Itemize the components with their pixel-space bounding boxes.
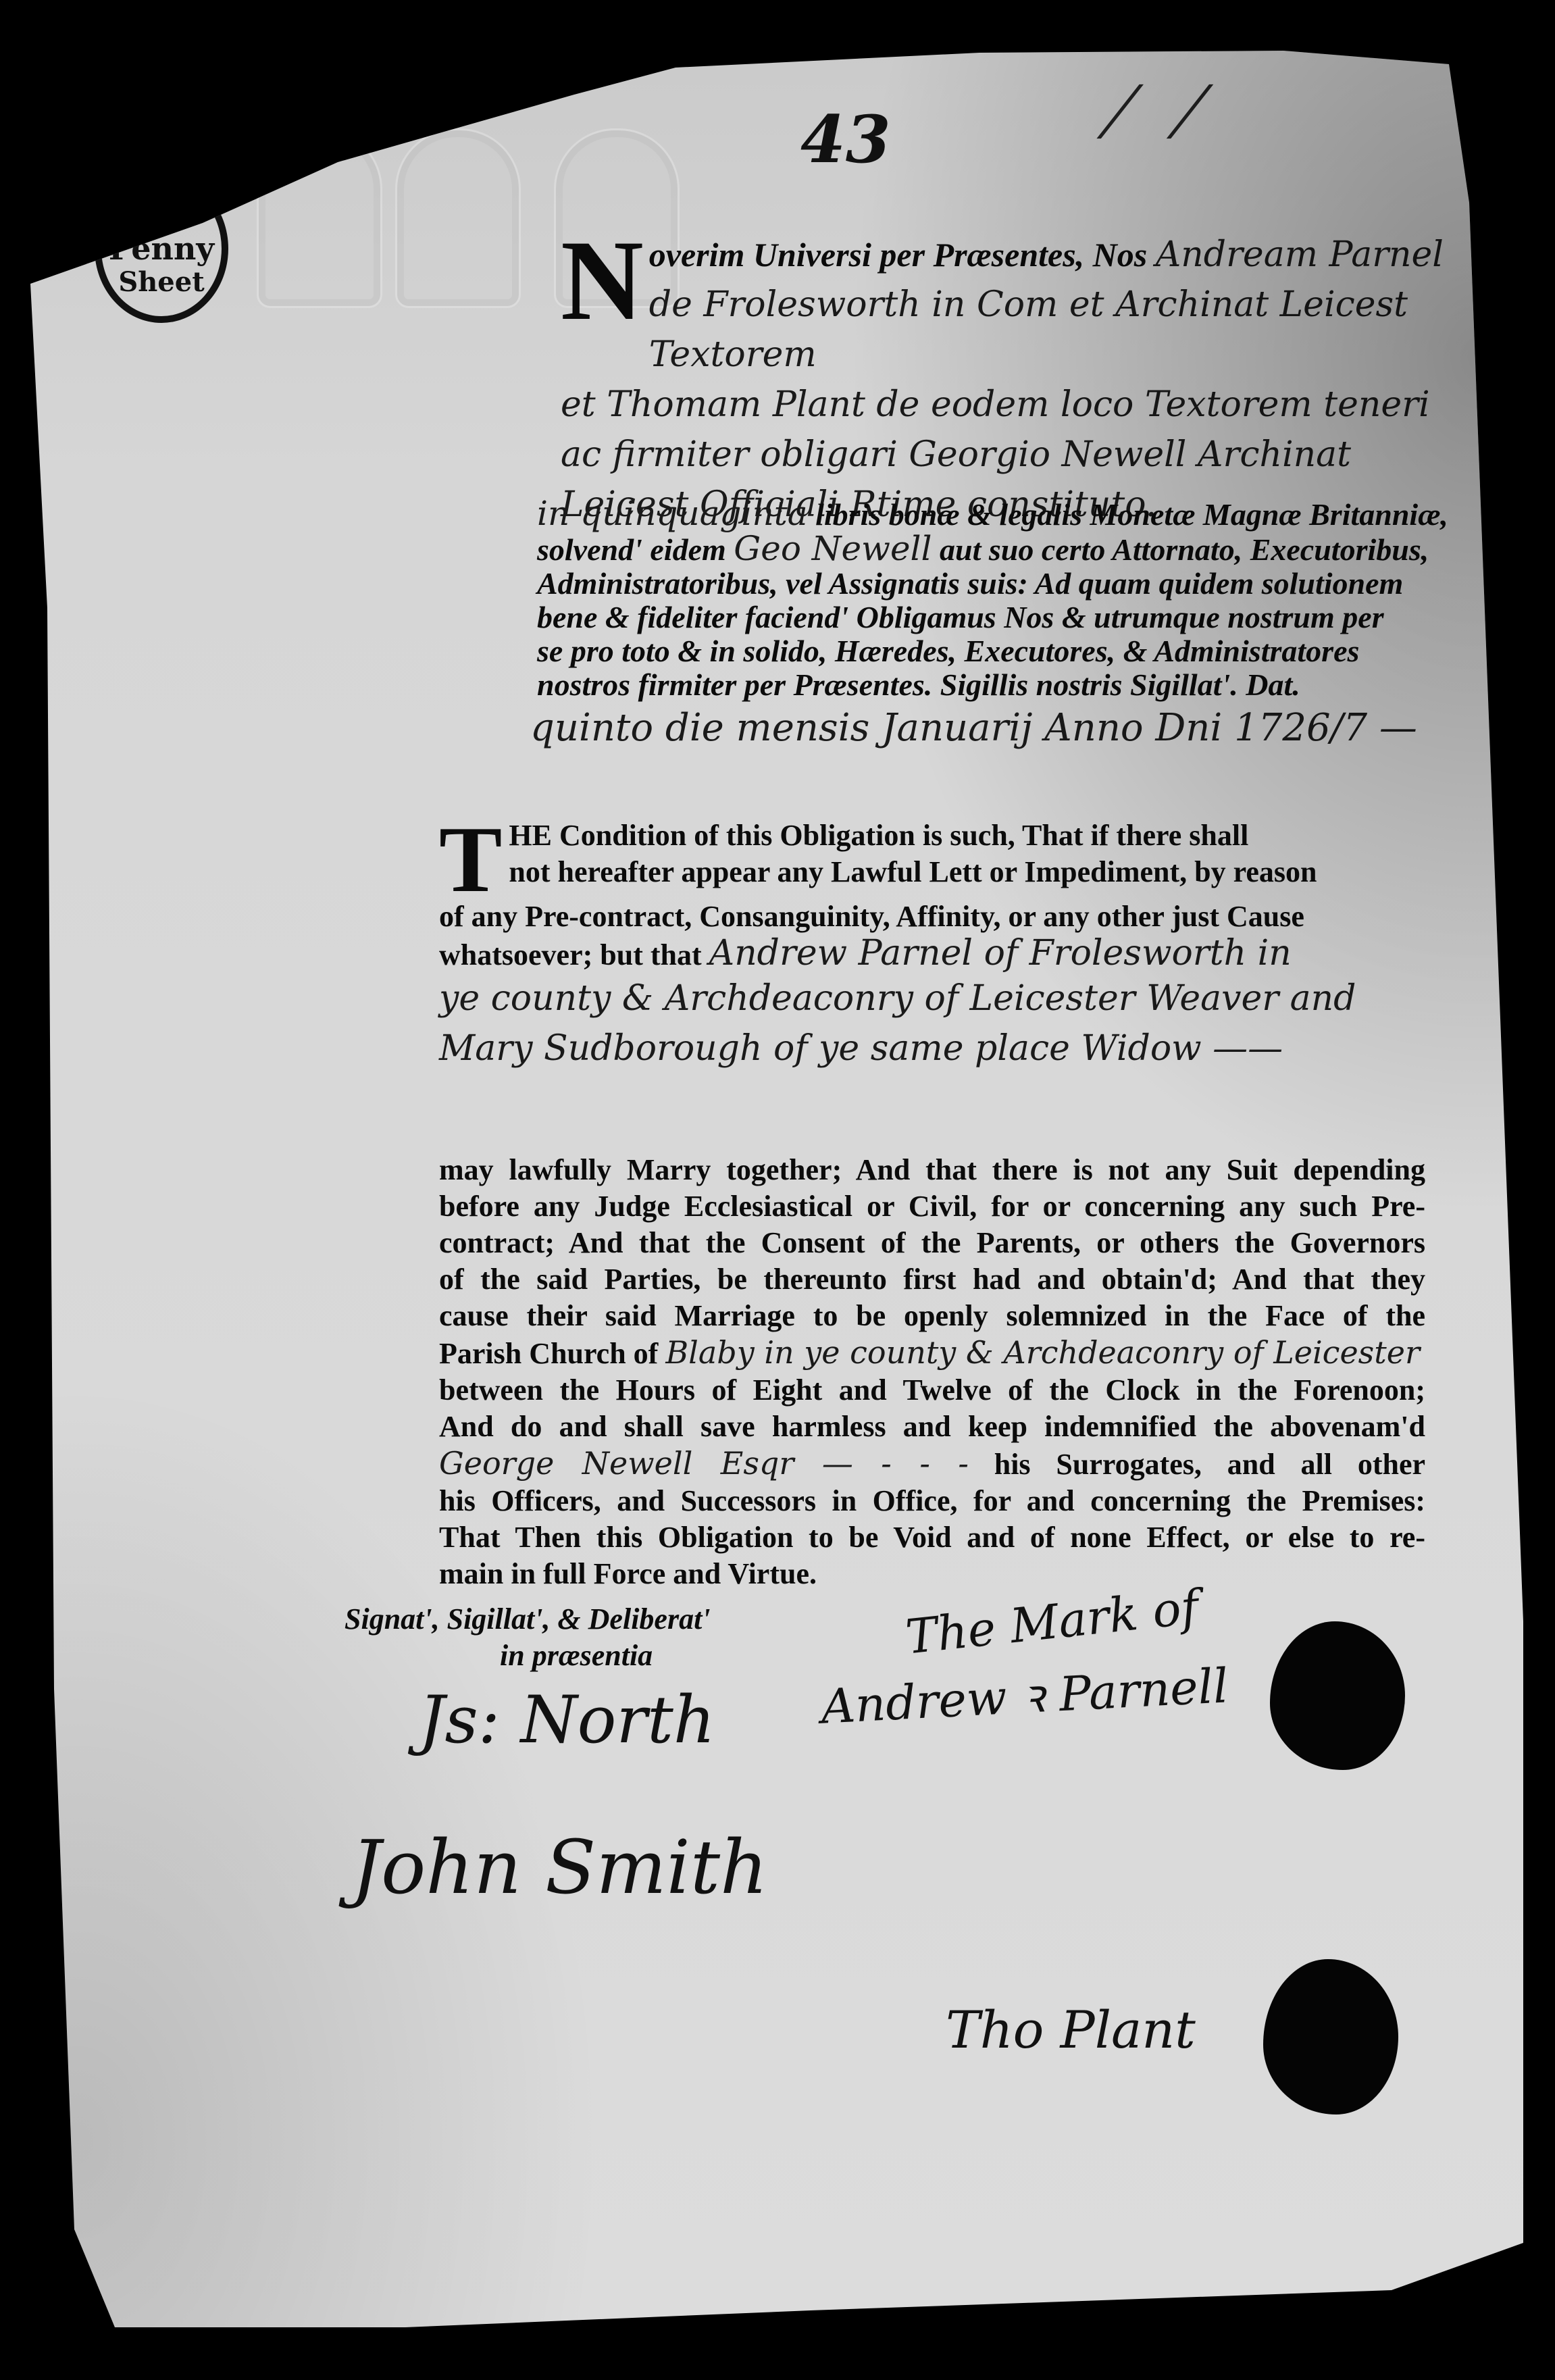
latin-line: solvend' eidem — [537, 532, 726, 567]
drop-cap-n: N — [561, 230, 644, 331]
signat-line: Signat', Sigillat', & Deliberat' — [345, 1602, 711, 1636]
witness-signature: Js: North — [419, 1682, 715, 1758]
groom-name: Andrew Parnel of Frolesworth in — [709, 933, 1292, 973]
terms-line: contract; And that the Consent of the Pa… — [439, 1225, 1425, 1261]
crown-icon — [115, 128, 207, 191]
signat-line: in præsentia — [345, 1638, 711, 1674]
condition-line: of any Pre-contract, Consanguinity, Affi… — [439, 898, 1425, 935]
condition-clause: T HE Condition of this Obligation is suc… — [439, 817, 1425, 1073]
terms-line: And do and shall save harmless and keep … — [439, 1409, 1425, 1445]
stamp-text-penny: Penny — [109, 232, 214, 265]
terms-line: his Officers, and Successors in Office, … — [439, 1483, 1425, 1519]
latin-line: aut suo certo Attornato, Executoribus, — [940, 532, 1429, 567]
obligation-hand-line: et Thomam Plant de eodem loco Textorem t… — [561, 384, 1430, 425]
obligor-name: Andream Parnel — [1156, 234, 1444, 275]
signed-sealed-delivered: Signat', Sigillat', & Deliberat' in præs… — [345, 1601, 711, 1674]
condition-line: HE Condition of this Obligation is such,… — [439, 817, 1425, 854]
drop-cap-t: T — [439, 821, 502, 898]
terms-line: may lawfully Marry together; And that th… — [439, 1152, 1425, 1188]
groom-mark: Andrew ꝛ Parnell — [819, 1651, 1230, 1737]
witness-signature: John Smith — [351, 1824, 768, 1910]
folio-number: 43 — [800, 101, 891, 178]
terms-line: his Surrogates, and all other — [994, 1448, 1425, 1481]
surrogate-official: George Newell Esqr — - - - — [439, 1445, 969, 1482]
wax-seal-icon — [1270, 1621, 1405, 1770]
embossed-stamp-icon — [257, 128, 382, 308]
latin-line: bene & fideliter faciend' Obligamus Nos … — [537, 601, 1435, 634]
document-page: 43 / / One Penny Sheet N overim Universi… — [0, 0, 1555, 2380]
stamp-text-one: One — [127, 198, 197, 232]
terms-line: of the said Parties, be thereunto first … — [439, 1261, 1425, 1298]
groom-description: ye county & Archdeaconry of Leicester We… — [439, 973, 1425, 1023]
penalty-amount: in quinquaginta — [537, 494, 808, 533]
date-line: quinto die mensis Januarij Anno Dni 1726… — [530, 706, 1462, 750]
marriage-terms: may lawfully Marry together; And that th… — [439, 1152, 1425, 1592]
wax-seal-icon — [1263, 1959, 1398, 2115]
terms-line: before any Judge Ecclesiastical or Civil… — [439, 1188, 1425, 1225]
stamp-ring: One Penny Sheet — [95, 174, 228, 323]
obligation-printed: overim Universi per Præsentes, Nos — [649, 236, 1147, 274]
terms-line: between the Hours of Eight and Twelve of… — [439, 1372, 1425, 1409]
bondsman-signature: Tho Plant — [946, 2000, 1196, 2060]
terms-line: Parish Church of — [439, 1337, 658, 1370]
parish-church: Blaby in ye county & Archdeaconry of Lei… — [665, 1334, 1420, 1371]
embossed-stamp-icon — [395, 128, 521, 308]
top-right-marks: / / — [1096, 64, 1227, 157]
obligation-hand-line: ac firmiter obligari Georgio Newell Arch… — [561, 434, 1351, 475]
obligation-opening: N overim Universi per Præsentes, Nos And… — [561, 230, 1459, 530]
one-penny-stamp: One Penny Sheet — [88, 128, 230, 311]
latin-line: Administratoribus, vel Assignatis suis: … — [537, 567, 1435, 601]
latin-line: se pro toto & in solido, Hæredes, Execut… — [537, 634, 1435, 668]
stamp-text-sheet: Sheet — [118, 265, 204, 299]
condition-line: not hereafter appear any Lawful Lett or … — [439, 854, 1425, 890]
obligee-name: Geo Newell — [734, 529, 932, 568]
bride-name: Mary Sudborough of ye same place Widow —… — [439, 1023, 1425, 1073]
terms-line: That Then this Obligation to be Void and… — [439, 1519, 1425, 1556]
terms-line: main in full Force and Virtue. — [439, 1556, 1425, 1592]
latin-line: nostros firmiter per Præsentes. Sigillis… — [537, 668, 1435, 702]
latin-penalty-clause: in quinquaginta libris bonæ & legalis Mo… — [537, 497, 1435, 702]
obligation-hand-line: de Frolesworth in Com et Archinat Leices… — [649, 284, 1408, 375]
latin-line: libris bonæ & legalis Monetæ Magnæ Brita… — [815, 497, 1448, 532]
condition-line: whatsoever; but that — [439, 938, 702, 971]
terms-line: cause their said Marriage to be openly s… — [439, 1298, 1425, 1334]
